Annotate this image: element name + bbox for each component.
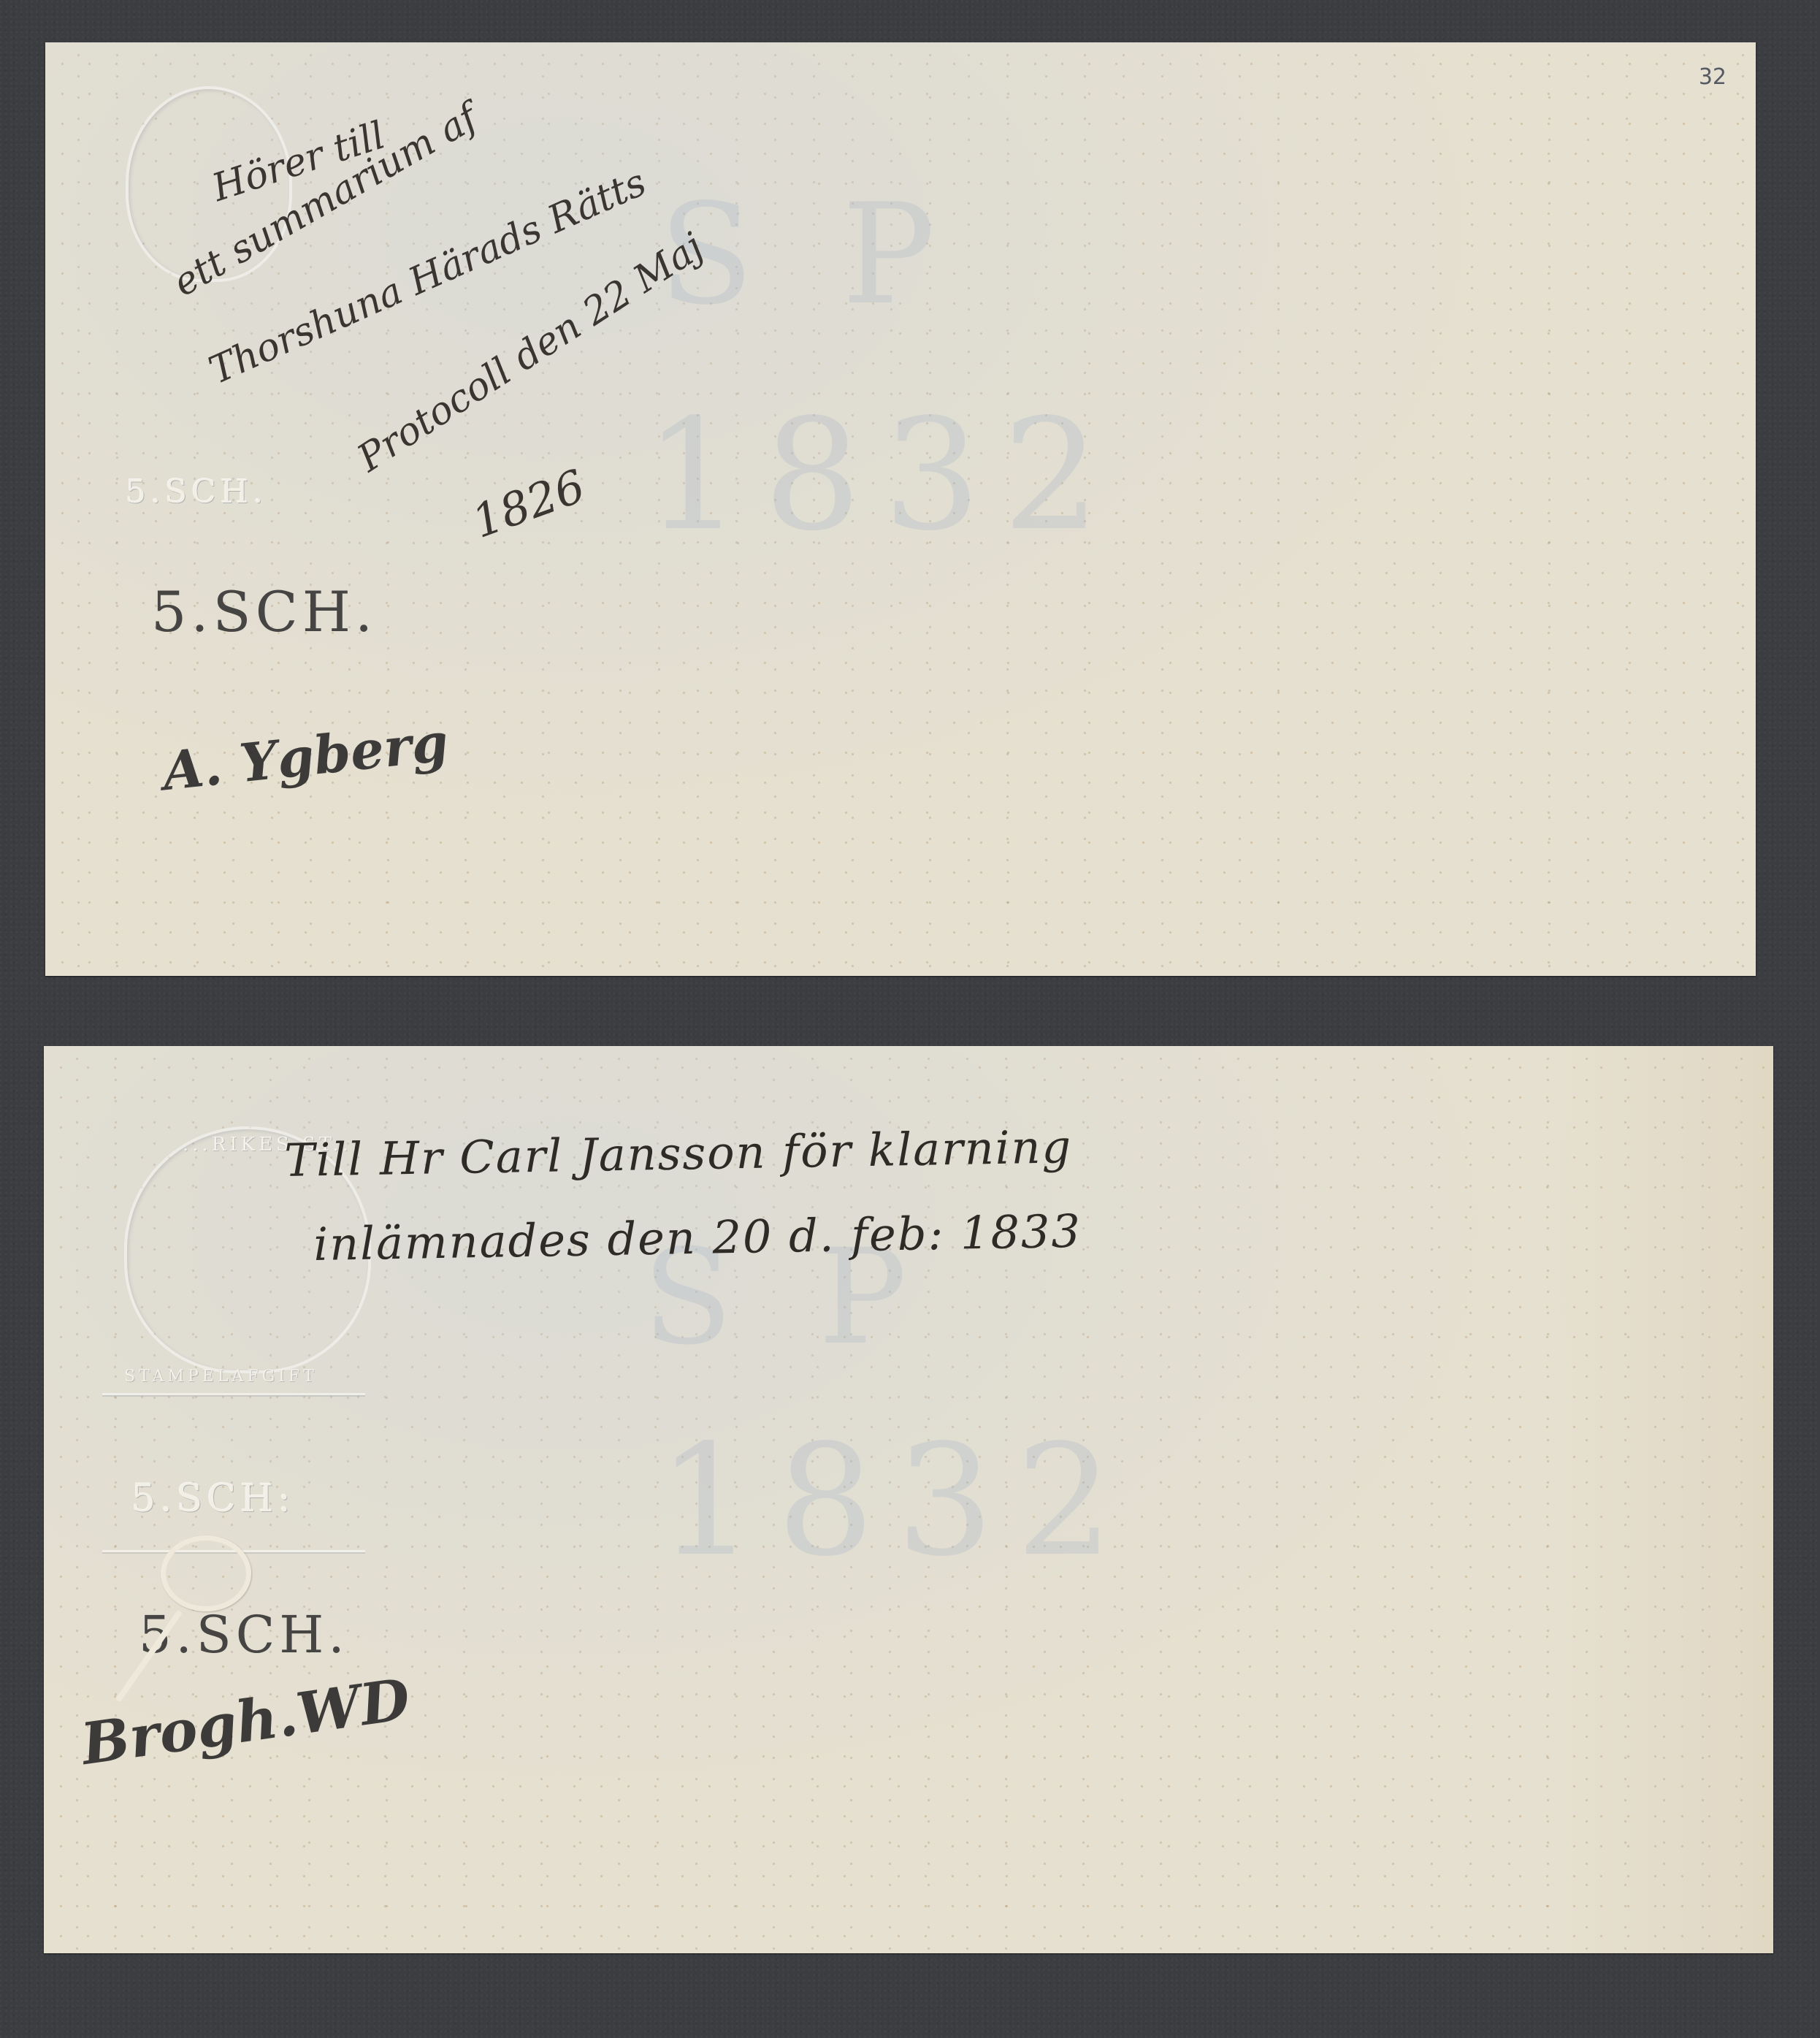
note-line-5: 1826 xyxy=(465,459,592,549)
note-line-2: inlämnades den 20 d. feb: 1833 xyxy=(313,1205,1082,1271)
string-knot xyxy=(161,1535,251,1611)
printed-stamp-value: 5.SCH. xyxy=(139,1605,349,1665)
signature: A. Ygberg xyxy=(160,711,451,803)
embossed-stamp-value: 5.SCH: xyxy=(131,1477,295,1521)
note-line-1: Till Hr Carl Jansson för klarning xyxy=(284,1120,1073,1187)
embossed-rule xyxy=(102,1393,365,1395)
embossed-seal-bottom-text: STAMPELAFGIFT xyxy=(124,1367,318,1386)
watermark-year: 1832 xyxy=(644,386,1122,565)
embossed-stamp-value: 5.SCH. xyxy=(126,473,267,511)
document-sheet-top: 32 S P 1832 5.SCH. Hörer till ett summar… xyxy=(45,42,1756,976)
printed-stamp-value: 5.SCH. xyxy=(151,579,377,644)
page-number: 32 xyxy=(1699,64,1727,90)
document-sheet-bottom: S P 1832 ...RIKES ST... STAMPELAFGIFT 5.… xyxy=(44,1046,1773,1953)
watermark-year: 1832 xyxy=(657,1411,1135,1590)
